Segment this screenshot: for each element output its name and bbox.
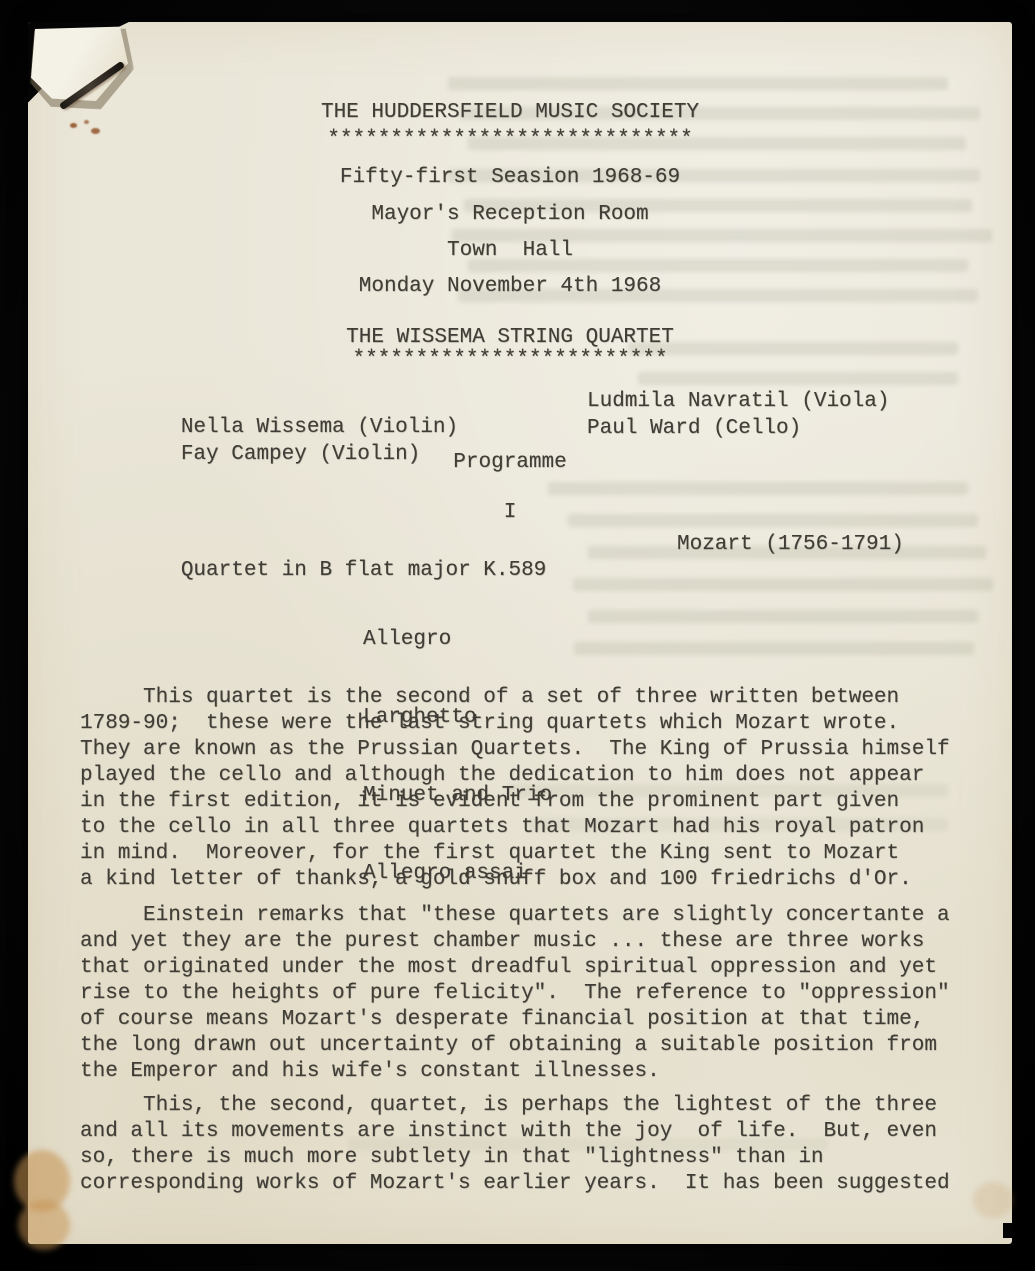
rust-stain (84, 120, 89, 124)
venue-line: Mayor's Reception Room (80, 202, 940, 228)
programme-heading: Programme (80, 450, 940, 476)
programme-note: This quartet is the second of a set of t… (80, 685, 950, 893)
performer-name: Ludmila Navratil (Viola) (587, 389, 889, 415)
programme-note: This, the second, quartet, is perhaps th… (80, 1093, 950, 1197)
foxing-stain (18, 1200, 70, 1250)
typed-text-layer: THE HUDDERSFIELD MUSIC SOCIETY *********… (80, 22, 960, 1244)
movement-item: Allegro (363, 627, 552, 653)
date-line: Monday November 4th 1968 (80, 274, 940, 300)
work-composer: Mozart (1756-1791) (677, 532, 904, 558)
ensemble-rule: ************************* (80, 347, 940, 373)
part-numeral: I (80, 500, 940, 526)
society-title: THE HUDDERSFIELD MUSIC SOCIETY (80, 100, 940, 126)
rust-stain (70, 123, 77, 128)
rust-stain (91, 128, 100, 134)
foxing-stain (973, 1182, 1013, 1218)
corner-notch (1003, 1223, 1014, 1238)
hall-line: Town Hall (80, 238, 940, 264)
performer-name: Paul Ward (Cello) (587, 416, 801, 442)
society-rule: ***************************** (80, 127, 940, 153)
programme-note: Einstein remarks that "these quartets ar… (80, 903, 950, 1085)
scanner-background: THE HUDDERSFIELD MUSIC SOCIETY *********… (0, 0, 1035, 1271)
season-line: Fifty-first Seasion 1968-69 (80, 165, 940, 191)
programme-page: THE HUDDERSFIELD MUSIC SOCIETY *********… (28, 22, 1012, 1244)
